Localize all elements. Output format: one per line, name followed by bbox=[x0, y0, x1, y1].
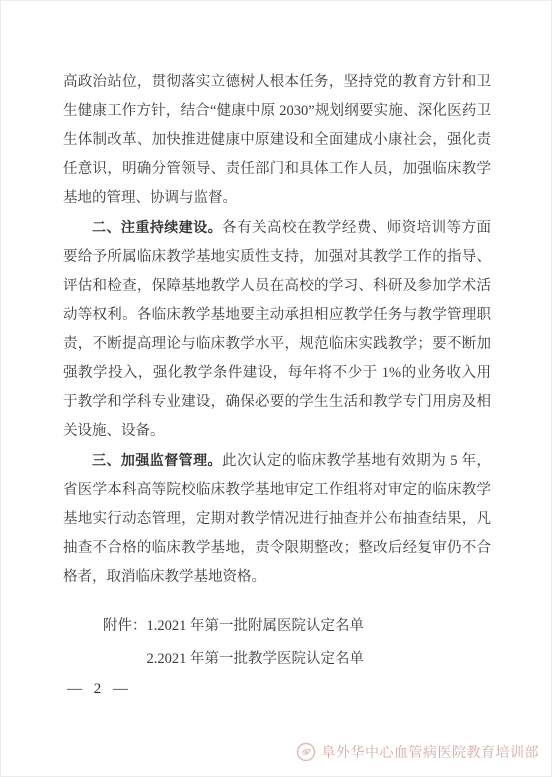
page-number: — 2 — bbox=[67, 681, 132, 698]
paragraph-lead: 二、注重持续建设。 bbox=[92, 219, 222, 235]
watermark: 阜外华中心血管病医院教育培训部 bbox=[295, 741, 540, 763]
attachment-label: 附件： bbox=[103, 610, 147, 643]
paragraph: 三、加强监督管理。此次认定的临床教学基地有效期为 5 年，省医学本科高等院校临床… bbox=[63, 446, 491, 592]
paragraph-text: 高政治站位，贯彻落实立德树人根本任务，坚持党的教育方针和卫生健康工作方针，结合“… bbox=[63, 74, 491, 206]
attachment-items: 1.2021 年第一批附属医院认定名单 2.2021 年第一批教学医院认定名单 bbox=[147, 610, 365, 676]
attachment-item: 2.2021 年第一批教学医院认定名单 bbox=[147, 643, 365, 676]
attachment-block: 附件： 1.2021 年第一批附属医院认定名单 2.2021 年第一批教学医院认… bbox=[63, 610, 491, 676]
hospital-logo-icon bbox=[295, 741, 317, 763]
document-page: 高政治站位，贯彻落实立德树人根本任务，坚持党的教育方针和卫生健康工作方针，结合“… bbox=[0, 0, 552, 777]
paragraph-text: 此次认定的临床教学基地有效期为 5 年，省医学本科高等院校临床教学基地审定工作组… bbox=[63, 453, 491, 585]
attachment-item: 1.2021 年第一批附属医院认定名单 bbox=[147, 610, 365, 643]
paragraph-text: 各有关高校在教学经费、师资培训等方面要给予所属临床教学基地实质性支持，加强对其教… bbox=[63, 220, 491, 439]
paragraph: 高政治站位，贯彻落实立德树人根本任务，坚持党的教育方针和卫生健康工作方针，结合“… bbox=[63, 67, 491, 213]
document-body: 高政治站位，贯彻落实立德树人根本任务，坚持党的教育方针和卫生健康工作方针，结合“… bbox=[63, 67, 491, 676]
paragraph: 二、注重持续建设。各有关高校在教学经费、师资培训等方面要给予所属临床教学基地实质… bbox=[63, 213, 491, 446]
watermark-text: 阜外华中心血管病医院教育培训部 bbox=[322, 742, 540, 762]
paragraph-lead: 三、加强监督管理。 bbox=[92, 452, 222, 468]
